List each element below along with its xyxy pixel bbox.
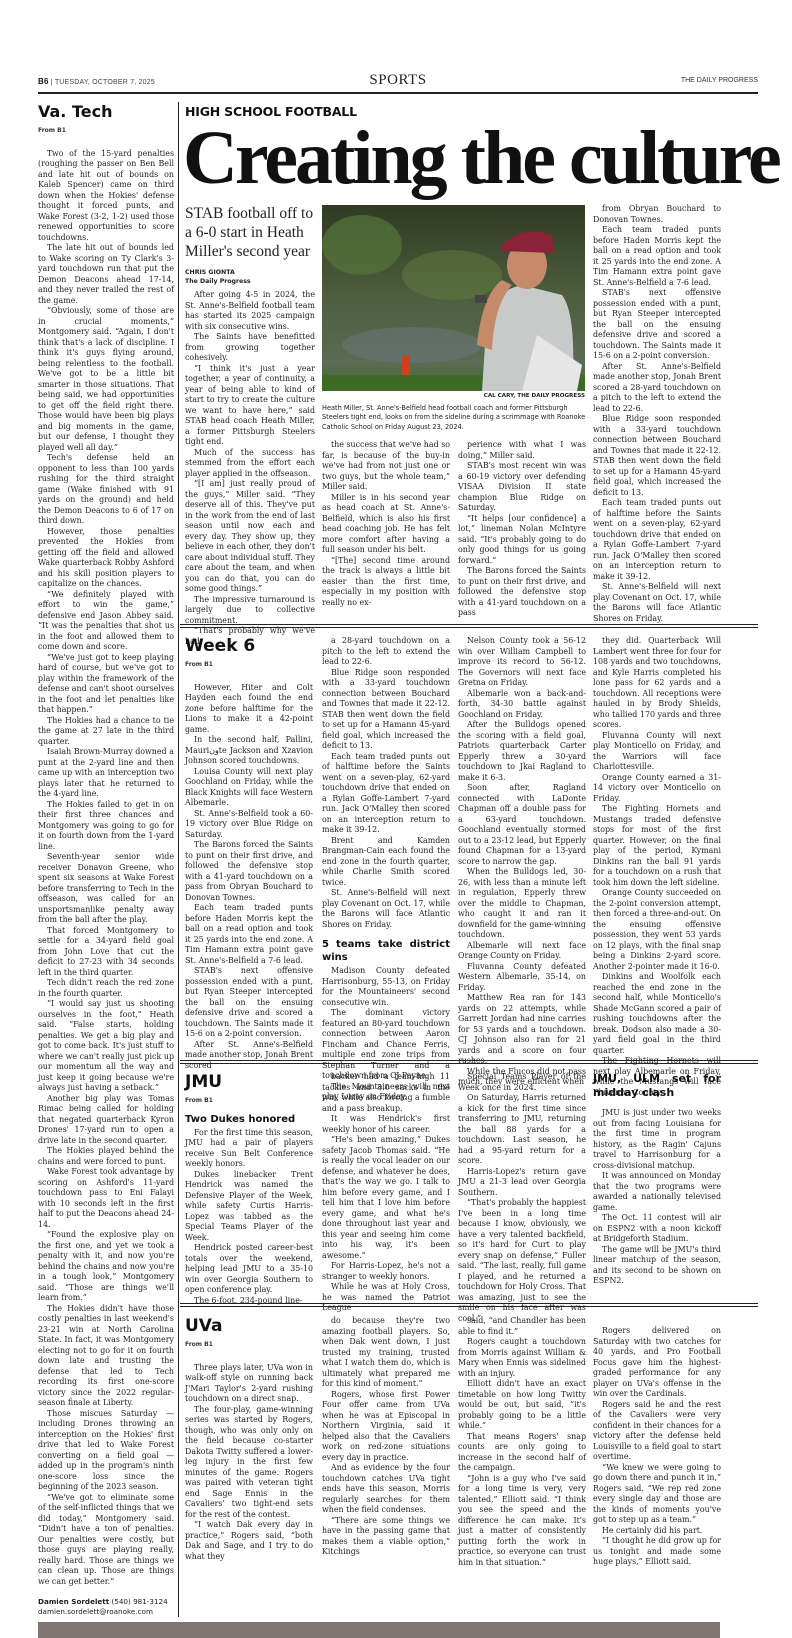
uva-col1: UVa From B1 Three plays later, UVa won i… — [185, 1316, 313, 1562]
coach-photo — [322, 205, 585, 391]
jmu-col1-body: For the first time this season, JMU had … — [185, 1128, 313, 1307]
paragraph: Seventh-year senior wide receiver Donavo… — [38, 852, 174, 926]
paragraph: Another big play was Tomas Rimac being c… — [38, 1094, 174, 1147]
paragraph: However, Hiter and Colt Hayden each foun… — [185, 683, 313, 736]
paragraph: Miller is in his second year as head coa… — [322, 493, 450, 556]
paragraph: Three plays later, UVa won in walk-off s… — [185, 1363, 313, 1405]
paragraph: He certainly did his part. — [593, 1526, 721, 1537]
paragraph: Each team traded punts out of halftime b… — [593, 498, 721, 582]
paragraph: And as evidence by the four touchdown ca… — [322, 1463, 450, 1516]
paragraph: Tech's defense held an opponent to less … — [38, 453, 174, 527]
week6-col2: a 28-yard touchdown on a pitch to the le… — [322, 636, 450, 1103]
week6-headline: Week 6 — [185, 636, 313, 656]
paragraph: Hendrick posted career-best totals over … — [185, 1243, 313, 1296]
footer-bar — [38, 1622, 720, 1638]
paragraph: It was Hendrick's first weekly honor of … — [322, 1114, 450, 1135]
paragraph: Rogers said he and the rest of the Caval… — [593, 1400, 721, 1463]
paragraph: After St. Anne's-Belfield made another s… — [185, 1040, 313, 1072]
paragraph: “It helps [our confidence] a lot,” linem… — [458, 514, 586, 567]
paragraph: Each team traded punts before Haden Morr… — [593, 225, 721, 288]
paragraph: backer had a team-high 11 tackles and 3.… — [322, 1072, 450, 1114]
vatech-jump: From B1 — [38, 126, 174, 137]
uva-col1-body: Three plays later, UVa won in walk-off s… — [185, 1363, 313, 1563]
page-folio: B6 | TUESDAY, OCTOBER 7, 2025 SPORTS THE… — [38, 70, 758, 94]
byline-org: The Daily Progress — [185, 277, 315, 286]
paragraph: “I think it's just a year together, a ye… — [185, 364, 315, 448]
paragraph: Fluvanna County will next play Monticell… — [593, 731, 721, 773]
jmu-headline: JMU — [185, 1072, 313, 1092]
paragraph: Matthew Rea ran for 143 yards on 22 atte… — [458, 993, 586, 1067]
uva-col4: Rogers delivered on Saturday with two ca… — [593, 1326, 721, 1568]
paragraph: “[I am] just really proud of the guys,” … — [185, 479, 315, 595]
paragraph: That forced Montgomery to settle for a 3… — [38, 926, 174, 979]
paragraph: It was announced on Monday that the two … — [593, 1171, 721, 1213]
paragraph: Each team traded punts out of halftime b… — [322, 752, 450, 836]
paragraph: After going 4-5 in 2024, the St. Anne's-… — [185, 290, 315, 332]
paragraph: the success that we've had so far, is be… — [322, 440, 450, 493]
byline: CHRIS GIONTA — [185, 268, 315, 277]
paragraph: Each team traded punts before Haden Morr… — [185, 903, 313, 966]
paragraph: Blue Ridge soon responded with a 33-yard… — [322, 668, 450, 752]
paragraph: said, “and Chandler has been able to fin… — [458, 1316, 586, 1337]
paragraph: Rogers caught a touchdown from Morris ag… — [458, 1337, 586, 1379]
paragraph: STAB's next offensive possession ended w… — [185, 966, 313, 1040]
paragraph: St. Anne's-Belfield will next play Coven… — [593, 582, 721, 624]
week6-col3: Nelson County took a 56-12 win over Will… — [458, 636, 586, 1088]
paragraph: The late hit out of bounds led to Wake s… — [38, 243, 174, 306]
uva-col2: do because they're two amazing football … — [322, 1316, 450, 1558]
section-name: SPORTS — [38, 72, 758, 89]
paragraph: The Barons forced the Saints to punt on … — [458, 566, 586, 619]
week6-col1: Week 6 From B1 However, Hiter and Colt H… — [185, 636, 313, 1071]
paragraph: The Fighting Hornets and Mustangs traded… — [593, 804, 721, 888]
paragraph: The Hokies played behind the chains and … — [38, 1146, 174, 1167]
stab-col2: the success that we've had so far, is be… — [322, 440, 450, 608]
vatech-story: Va. Tech From B1 Two of the 15-yard pena… — [38, 102, 174, 1617]
paragraph: Albemarle won a back-and-forth, 34-30 ba… — [458, 689, 586, 721]
paragraph: For the first time this season, JMU had … — [185, 1128, 313, 1170]
paragraph: The impressive turnaround is largely due… — [185, 595, 315, 627]
paragraph: perience with what I was doing,” Miller … — [458, 440, 586, 461]
paragraph: Dinkins and Woolfolk each reached the en… — [593, 972, 721, 1056]
paragraph: “I watch Dak every day in practice,” Rog… — [185, 1520, 313, 1562]
paragraph: Tech didn't reach the red zone in the fo… — [38, 978, 174, 999]
paragraph: Soon after, Ragland connected with LaDon… — [458, 783, 586, 867]
paragraph: “I thought he did grow up for us tonight… — [593, 1536, 721, 1568]
paragraph: Elliott didn't have an exact timetable o… — [458, 1379, 586, 1432]
paragraph: “I would say just us shooting ourselves … — [38, 999, 174, 1094]
paragraph: Much of the success has stemmed from the… — [185, 448, 315, 480]
author-phone: (540) 981-3124 — [111, 1597, 167, 1606]
jmu-col2: backer had a team-high 11 tackles and 3.… — [322, 1072, 450, 1314]
week6-col1-body: However, Hiter and Colt Hayden each foun… — [185, 683, 313, 1072]
paragraph: “We've got to eliminate some of the self… — [38, 1493, 174, 1588]
author-email[interactable]: damien.sordelett@roanoke.com — [38, 1607, 174, 1617]
paragraph: The Barons forced the Saints to punt on … — [185, 840, 313, 903]
paragraph: Albemarle will next face Orange County o… — [458, 941, 586, 962]
paragraph: The Hokies didn't have those costly pena… — [38, 1304, 174, 1409]
section-rule — [180, 624, 758, 628]
week6-jump: From B1 — [185, 660, 313, 671]
paragraph: The dominant victory featured an 80-yard… — [322, 1008, 450, 1082]
paragraph: Wake Forest took advantage by scoring on… — [38, 1167, 174, 1230]
main-headline: Creating the culture — [183, 118, 779, 198]
deck-headline: STAB football off to a 6-0 start in Heat… — [185, 204, 315, 261]
paragraph: Orange County earned a 31-14 victory ove… — [593, 773, 721, 805]
paragraph: Blue Ridge soon responded with a 33-yard… — [593, 414, 721, 498]
section-rule — [180, 1060, 758, 1064]
paragraph: “There are some things we have in the pa… — [322, 1516, 450, 1558]
paragraph: Orange County succeeded on the 2-point c… — [593, 888, 721, 972]
jmu-col4-body: JMU is just under two weeks out from fac… — [593, 1108, 721, 1287]
vatech-headline: Va. Tech — [38, 102, 174, 122]
stab-col1: CHRIS GIONTA The Daily Progress After go… — [185, 268, 315, 647]
paragraph: The game will be JMU's third linear matc… — [593, 1245, 721, 1287]
paragraph: After the Bulldogs opened the scoring wi… — [458, 720, 586, 783]
paragraph: The Hokies had a chance to tie the game … — [38, 716, 174, 748]
paragraph: do because they're two amazing football … — [322, 1316, 450, 1390]
paragraph: Brent and Kamden Brangman-Cain each foun… — [322, 836, 450, 889]
paragraph: Rogers, whose first Power Four offer cam… — [322, 1390, 450, 1464]
section-rule — [180, 1303, 758, 1307]
paragraph: After St. Anne's-Belfield made another s… — [593, 362, 721, 415]
jmu-col3: Special Teams Player of the Week once in… — [458, 1072, 586, 1324]
jmu-subhed: Two Dukes honored — [185, 1113, 313, 1126]
paragraph: STAB's most recent win was a 60-19 victo… — [458, 461, 586, 514]
paragraph: While he was at Holy Cross, he was named… — [322, 1282, 450, 1314]
paragraph: On Saturday, Harris returned a kick for … — [458, 1093, 586, 1167]
week6-col4: they did. Quarterback Will Lambert went … — [593, 636, 721, 1098]
stab-col4: from Obryan Bouchard to Donovan Townes.E… — [593, 204, 721, 624]
paragraph: The Hokies failed to get in on their fir… — [38, 800, 174, 853]
photo-credit: CAL CARY, THE DAILY PROGRESS — [322, 393, 585, 399]
paragraph: Nelson County took a 56-12 win over Will… — [458, 636, 586, 689]
paragraph: St. Anne's-Belfield will next play Coven… — [322, 888, 450, 930]
paragraph: “We definitely played with effort to win… — [38, 590, 174, 653]
photo-cutline: Heath Miller, St. Anne's-Belfield head f… — [322, 404, 590, 432]
paragraph: “Found the explosive play on the first o… — [38, 1230, 174, 1304]
paragraph: In the second half, Pallini, Mauriونte J… — [185, 735, 313, 767]
paragraph: However, those penalties prevented the H… — [38, 527, 174, 590]
paragraph: “We knew we were going to go down there … — [593, 1463, 721, 1526]
paragraph: The four-play, game-winning series was s… — [185, 1405, 313, 1521]
paragraph: Those miscues Saturday — including Drone… — [38, 1409, 174, 1493]
paragraph: Dukes linebacker Trent Hendrick was name… — [185, 1170, 313, 1244]
paragraph: The Oct. 11 contest will air on ESPN2 wi… — [593, 1213, 721, 1245]
uva-jump: From B1 — [185, 1340, 313, 1351]
paragraph: a 28-yard touchdown on a pitch to the le… — [322, 636, 450, 668]
vatech-body: Two of the 15-yard penalties (roughing t… — [38, 149, 174, 1588]
stab-col3: perience with what I was doing,” Miller … — [458, 440, 586, 619]
stab-col1-body: After going 4-5 in 2024, the St. Anne's-… — [185, 290, 315, 647]
paragraph: Harris-Lopez's return gave JMU a 21-3 le… — [458, 1167, 586, 1199]
paragraph: The Saints have benefitted from growing … — [185, 332, 315, 364]
paragraph: “John is a guy who I've said for a long … — [458, 1474, 586, 1569]
jmu-col1: JMU From B1 Two Dukes honored For the fi… — [185, 1072, 313, 1306]
paragraph: “Obviously, some of those are in crucial… — [38, 306, 174, 453]
paragraph: For Harris-Lopez, he's not a stranger to… — [322, 1261, 450, 1282]
paragraph: Two of the 15-yard penalties (roughing t… — [38, 149, 174, 244]
paragraph: Special Teams Player of the Week once in… — [458, 1072, 586, 1093]
paragraph: “[The] second time around the track is a… — [322, 556, 450, 609]
paragraph: Rogers delivered on Saturday with two ca… — [593, 1326, 721, 1400]
uva-col3: said, “and Chandler has been able to fin… — [458, 1316, 586, 1568]
week6-subhed: 5 teams take district wins — [322, 938, 450, 964]
paragraph: Madison County defeated Harrisonburg, 55… — [322, 966, 450, 1008]
paragraph: That means Rogers' snap counts are only … — [458, 1432, 586, 1474]
author-name: Damien Sordelett — [38, 1597, 109, 1606]
paragraph: Isaiah Brown-Murray downed a punt at the… — [38, 747, 174, 800]
week6-col2-body: a 28-yard touchdown on a pitch to the le… — [322, 636, 450, 930]
paragraph: STAB's next offensive possession ended w… — [593, 288, 721, 362]
deck-text: STAB football off to a 6-0 start in Heat… — [185, 204, 315, 261]
jmu-sidebar-headline: JMU, ULM set for midday clash — [593, 1072, 721, 1100]
paragraph: Fluvanna County defeated Western Albemar… — [458, 962, 586, 994]
jmu-jump: From B1 — [185, 1096, 313, 1107]
paragraph: Louisa County will next play Goochland o… — [185, 767, 313, 809]
paragraph: they did. Quarterback Will Lambert went … — [593, 636, 721, 731]
coach-photo-image — [322, 205, 585, 391]
paper-name: THE DAILY PROGRESS — [681, 77, 758, 84]
paragraph: from Obryan Bouchard to Donovan Townes. — [593, 204, 721, 225]
column-divider — [178, 102, 179, 1617]
paragraph: St. Anne's-Belfield took a 60-19 victory… — [185, 809, 313, 841]
uva-headline: UVa — [185, 1316, 313, 1336]
paragraph: When the Bulldogs led, 30-26, with less … — [458, 867, 586, 941]
paragraph: “We've just got to keep playing hard of … — [38, 653, 174, 716]
paragraph: JMU is just under two weeks out from fac… — [593, 1108, 721, 1171]
paragraph: “He's been amazing,” Dukes safety Jacob … — [322, 1135, 450, 1261]
jmu-col4: JMU, ULM set for midday clash JMU is jus… — [593, 1072, 721, 1287]
